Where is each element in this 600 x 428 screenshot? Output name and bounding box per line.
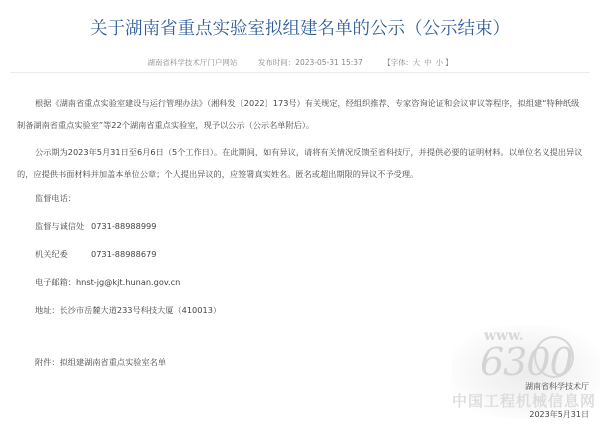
paragraph-text: 根据《湖南省重点实验室建设与运行管理办法》（湘科发〔2022〕173号）有关规定… [17,98,579,130]
page-title: 关于湖南省重点实验室拟组建名单的公示（公示结束） [0,15,600,40]
watermark-ring-icon [534,336,574,378]
article-meta: 湖南省科学技术厅门户网站 发布时间：2023-05-31 15:37 【字体: … [0,57,600,68]
watermark-background [452,326,600,418]
publish-time-value: 2023-05-31 15:37 [295,58,363,67]
email-label: 电子邮箱： [35,277,76,287]
signature-organization: 湖南省科学技术厅 [525,381,589,392]
email-row: 电子邮箱：hnst-jg@kjt.hunan.gov.cn [35,277,180,288]
publish-label: 发布时间： [258,57,296,68]
signature-date: 2023年5月31日 [529,409,589,420]
address-label: 地址： [35,305,60,315]
attachment-label: 附件： [35,357,60,367]
watermark-logo: www. 6300 中国工程机械信息网 [452,322,600,422]
phone-row-integrity: 监督与诚信处0731-88988999 [35,221,156,232]
watermark-site-name: 中国工程机械信息网 [452,390,596,411]
font-medium-button[interactable]: 中 [424,58,432,67]
attachment-link[interactable]: 拟组建湖南省重点实验室名单 [60,357,166,367]
paragraph-text: 公示期为2023年5月31日至6月6日（5个工作日）。在此期间，如有异议，请将有… [17,147,582,179]
phone-row-discipline: 机关纪委0731-88988679 [35,249,156,260]
phone-label: 监督与诚信处 [35,221,91,232]
publish-time: 发布时间：2023-05-31 15:37 [258,57,363,68]
source-label: 湖南省科学技术厅门户网站 [147,57,237,68]
font-large-button[interactable]: 大 [413,58,421,67]
font-small-button[interactable]: 小 [436,58,444,67]
phone-number: 0731-88988679 [91,249,156,259]
header-divider [10,72,590,73]
address-row: 地址：长沙市岳麓大道233号科技大厦（410013） [35,305,221,316]
font-size-switcher: 【字体: 大中小】 [383,57,452,68]
watermark-number: 6300 [480,340,573,384]
email-address: hnst-jg@kjt.hunan.gov.cn [76,277,180,287]
address-value: 长沙市岳麓大道233号科技大厦（410013） [60,305,222,315]
font-size-prefix: 【字体: [383,57,408,68]
paragraph-basis: 根据《湖南省重点实验室建设与运行管理办法》（湘科发〔2022〕173号）有关规定… [17,92,585,136]
paragraph-period: 公示期为2023年5月31日至6月6日（5个工作日）。在此期间，如有异议，请将有… [17,141,585,185]
font-size-suffix: 】 [445,57,453,68]
phone-number: 0731-88988999 [91,221,156,231]
attachment-row: 附件：拟组建湖南省重点实验室名单 [35,357,166,368]
phone-label: 机关纪委 [35,249,91,260]
supervision-heading: 监督电话： [35,193,76,204]
watermark-www: www. [484,328,524,344]
